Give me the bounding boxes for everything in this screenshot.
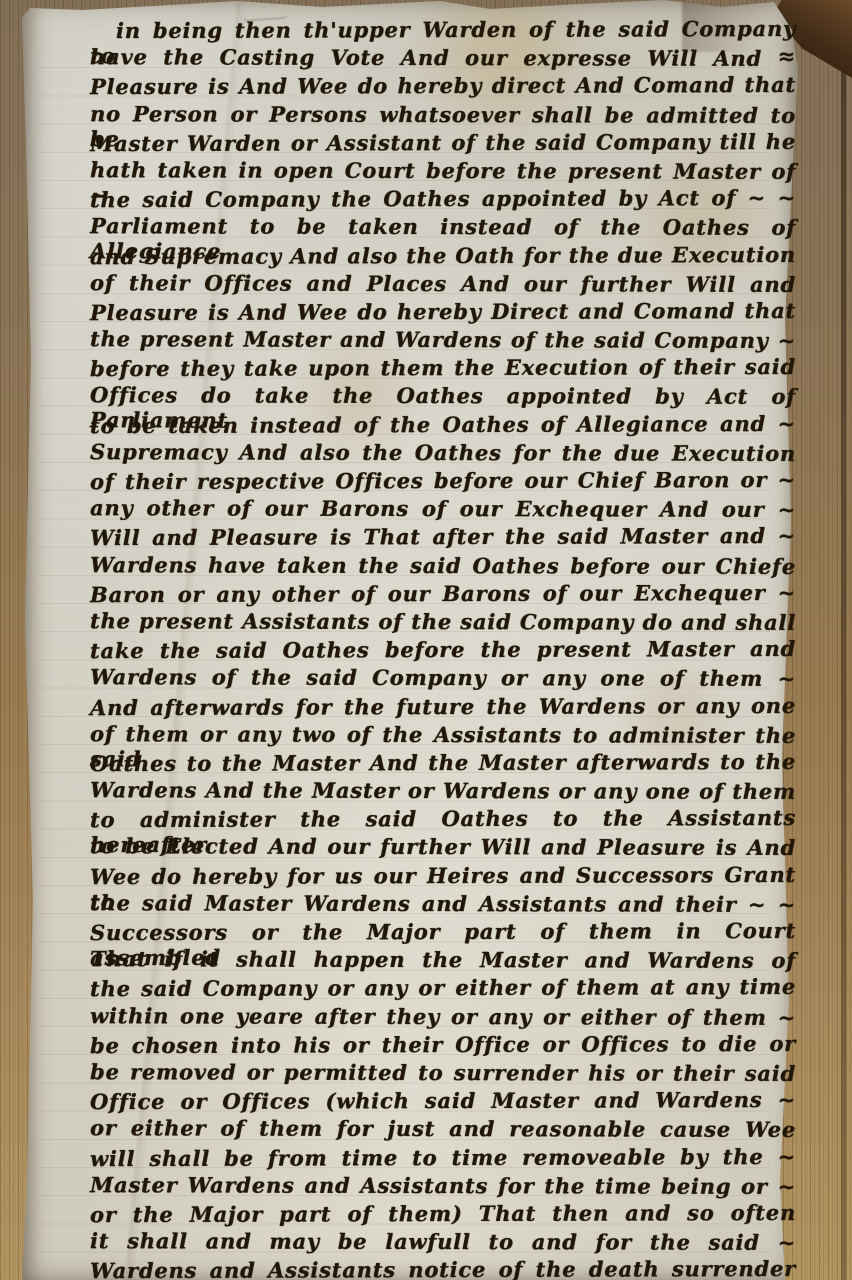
manuscript-line: the said Company or any or either of the… [90,974,796,1004]
manuscript-line: Office or Offices (which said Master and… [90,1087,796,1117]
manuscript-line: be removed or permitted to surrender his… [90,1059,796,1089]
manuscript-line: Will and Pleasure is That after the said… [90,523,796,553]
manuscript-line: hath taken in open Court before the pres… [90,157,796,187]
manuscript-line: any other of our Barons of our Exchequer… [90,495,796,525]
manuscript-line: Pleasure is And Wee do hereby direct And… [90,72,796,102]
manuscript-line: no Person or Persons whatsoever shall be… [90,101,796,131]
manuscript-line: the present Assistants of the said Compa… [90,608,796,638]
manuscript-line: Master Warden or Assistant of the said C… [90,129,796,159]
manuscript-line: Offices do take the Oathes appointed by … [90,383,796,413]
manuscript-line: within one yeare after they or any or ei… [90,1003,796,1033]
manuscript-line: Parliament to be taken instead of the Oa… [90,213,796,243]
manuscript-line: the said Company the Oathes appointed by… [90,185,796,215]
manuscript-line: and Supremacy And also the Oath for the … [90,241,796,271]
manuscript-line: to be Elected And our further Will and P… [90,834,796,864]
manuscript-line: Pleasure is And Wee do hereby Direct and… [90,298,796,328]
manuscript-line: be chosen into his or their Office or Of… [90,1031,796,1061]
manuscript-line: will shall be from time to time removeab… [90,1143,796,1173]
manuscript-line: Baron or any other of our Barons of our … [90,580,796,610]
manuscript-line: take the said Oathes before the present … [90,636,796,666]
manuscript-line: Supremacy And also the Oathes for the du… [90,439,796,469]
manuscript-line: And afterwards for the future the Warden… [90,692,796,722]
manuscript-line: have the Casting Vote And our expresse W… [90,44,796,74]
manuscript-line: before they take upon them the Execution… [90,354,796,384]
manuscript-text: in being then th'upper Warden of the sai… [90,17,796,1280]
manuscript-line: in being then th'upper Warden of the sai… [90,16,796,46]
manuscript-line: Wardens and Assistants notice of the dea… [90,1256,796,1280]
manuscript-line: Wee do hereby for us our Heires and Succ… [90,862,796,892]
manuscript-line: Successors or the Major part of them in … [90,918,796,948]
manuscript-line: or the Major part of them) That then and… [90,1200,796,1230]
manuscript-line: of them or any two of the Assistants to … [90,721,796,751]
manuscript-line: Oathes to the Master And the Master afte… [90,749,796,779]
manuscript-line: Master Wardens and Assistants for the ti… [90,1172,796,1202]
manuscript-photo: in being then th'upper Warden of the sai… [0,0,852,1280]
manuscript-line: to be taken instead of the Oathes of All… [90,411,796,441]
manuscript-line: Wardens And the Master or Wardens or any… [90,777,796,807]
manuscript-line: of their Offices and Places And our furt… [90,270,796,300]
manuscript-line: it shall and may be lawfull to and for t… [90,1228,796,1258]
manuscript-line: or either of them for just and reasonabl… [90,1115,796,1145]
manuscript-line: Wardens of the said Company or any one o… [90,664,796,694]
manuscript-line: to administer the said Oathes to the Ass… [90,805,796,835]
manuscript-line: That if it shall happen the Master and W… [90,946,796,976]
manuscript-line: Wardens have taken the said Oathes befor… [90,552,796,582]
wood-plank-gap [841,0,846,1280]
manuscript-line: of their respective Offices before our C… [90,467,796,497]
manuscript-line: the said Master Wardens and Assistants a… [90,890,796,920]
manuscript-line: the present Master and Wardens of the sa… [90,326,796,356]
